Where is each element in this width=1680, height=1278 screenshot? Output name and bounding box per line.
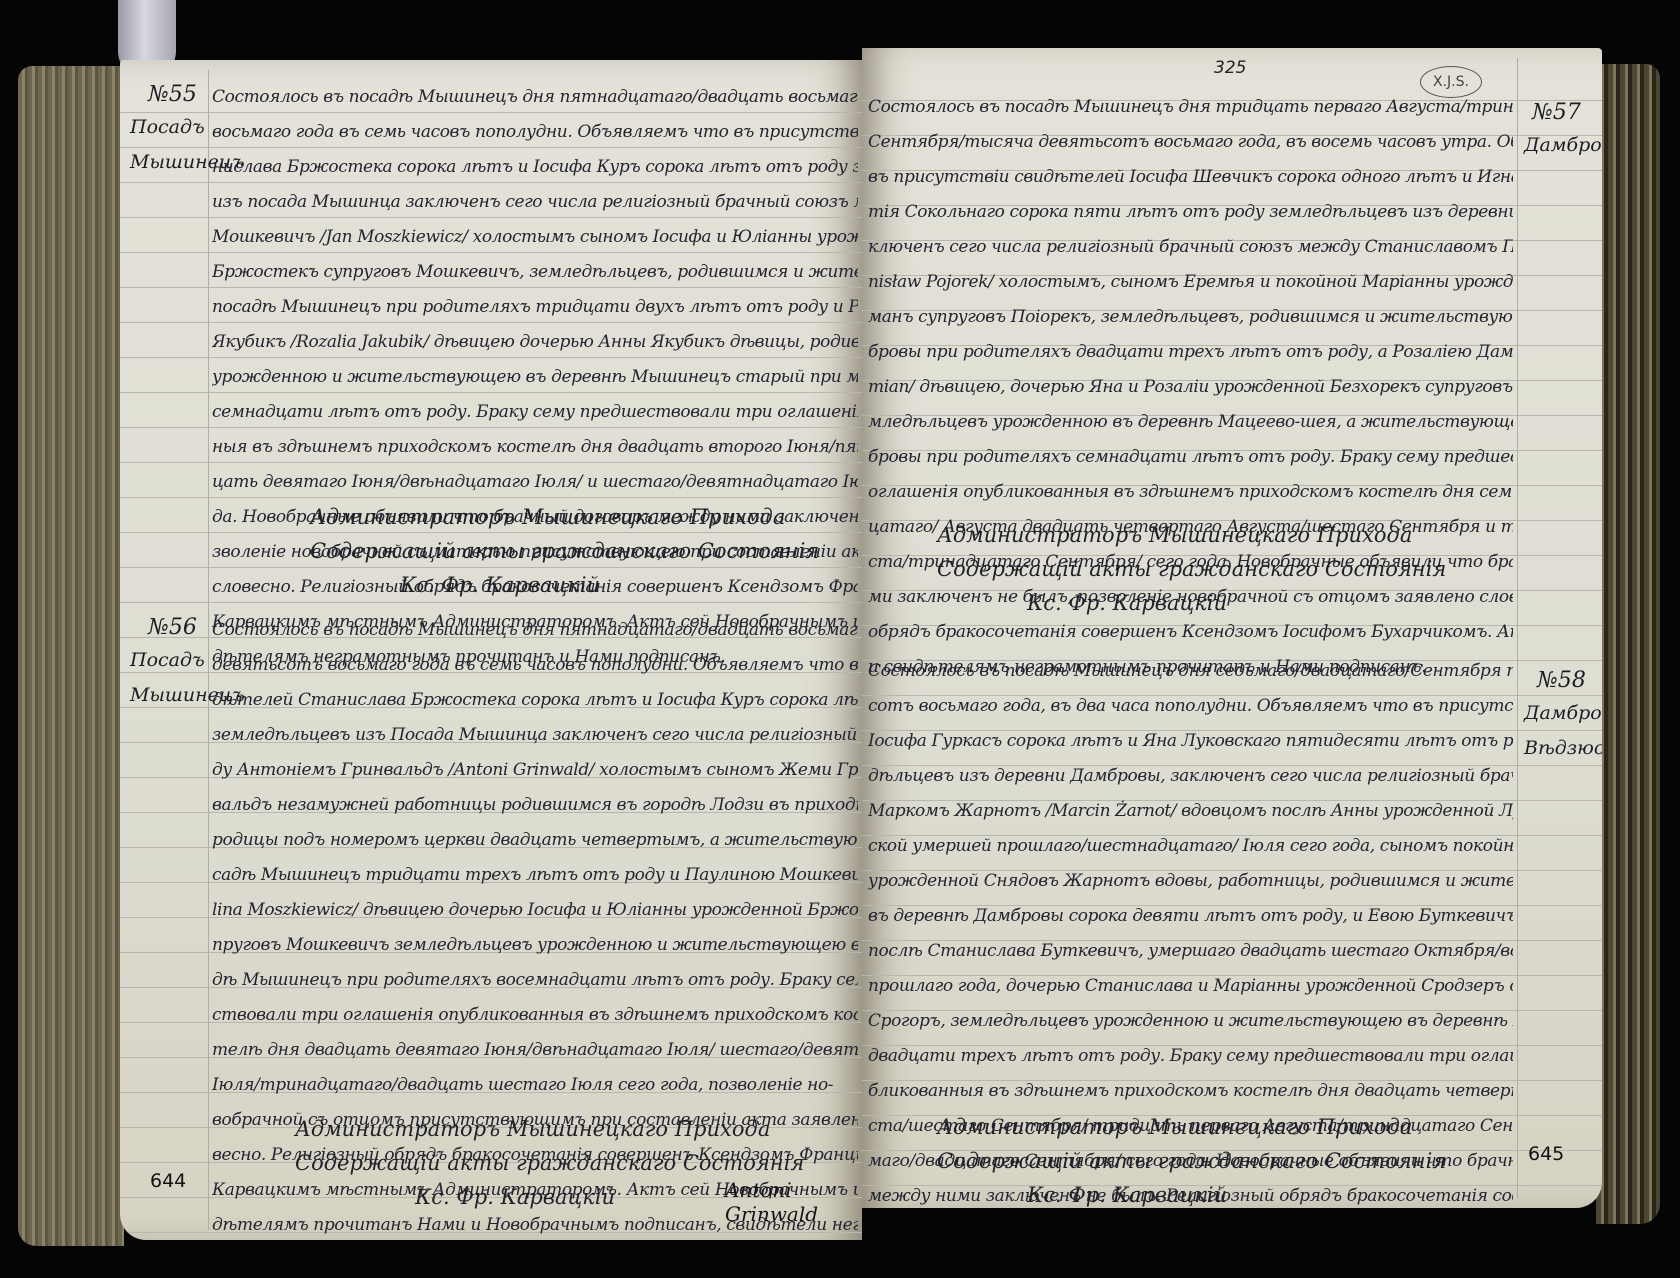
text-line: lina Moszkiewicz/ дѣвицею дочерью Іосифа…	[212, 893, 858, 928]
text-line: ской умершей прошлаго/шестнадцатаго/ Іюл…	[868, 829, 1513, 864]
place-line: Вѣдзюскъ	[1524, 731, 1602, 766]
text-line: цать девятаго Іюня/двѣнадцатаго Іюля/ и …	[212, 465, 858, 500]
text-line: пруговъ Мошкевичъ земледѣльцевъ урожденн…	[212, 928, 858, 963]
text-line: Якубикъ /Rozalia Jakubik/ дѣвицею дочерь…	[212, 325, 858, 360]
book-page-edges-right	[1596, 64, 1660, 1224]
signature-line: Администраторъ Мышинецкаго Прихода	[937, 1110, 1446, 1144]
book-page-edges-left	[18, 66, 124, 1246]
text-line: mian/ дѣвицею, дочерью Яна и Розаліи уро…	[868, 370, 1513, 405]
text-line: Іосифа Гуркасъ сорока лѣтъ и Яна Луковск…	[868, 724, 1513, 759]
text-line: дѣтелей Станислава Бржостека сорока лѣтъ…	[212, 683, 858, 718]
text-line: вальдъ незамужней работницы родившимся в…	[212, 788, 858, 823]
text-line: восьмаго года въ семь часовъ пополудни. …	[212, 115, 858, 150]
entry-place: Дамбровы Вѣдзюскъ	[1524, 696, 1602, 766]
text-line: оглашенія опубликованныя въ здѣшнемъ при…	[868, 475, 1513, 510]
signature-block: Администраторъ Мышинецкаго Прихода Содер…	[937, 518, 1446, 620]
text-line: въ присутствіи свидѣтелей Іосифа Шевчикъ…	[868, 160, 1513, 195]
text-line: бровы при родителяхъ двадцати трехъ лѣтъ…	[868, 335, 1513, 370]
text-line: изъ посада Мышинца заключенъ сего числа …	[212, 185, 858, 220]
page-number-right: 645	[1528, 1143, 1564, 1165]
text-line: бровы при родителяхъ семнадцати лѣтъ отъ…	[868, 440, 1513, 475]
text-line: въ деревнѣ Дамбровы сорока девяти лѣтъ о…	[868, 899, 1513, 934]
text-line: nisław Pojorek/ холостымъ, сыномъ Еремѣя…	[868, 265, 1513, 300]
place-line: Дамбровы	[1524, 128, 1602, 163]
text-line: Срогоръ, земледѣльцевъ урожденною и жите…	[868, 1004, 1513, 1039]
text-line: земледѣльцевъ изъ Посада Мышинца заключе…	[212, 718, 858, 753]
entry-number: №57	[1532, 100, 1581, 125]
text-line: прошлаго года, дочерью Станислава и Марі…	[868, 969, 1513, 1004]
signature-line: Содержащій акты гражданскаго Состоянія	[295, 1146, 804, 1180]
signature-line: Администраторъ Мышинецкаго Прихода	[310, 500, 819, 534]
text-line: посадѣ Мышинецъ при родителяхъ тридцати …	[212, 290, 858, 325]
signature-line: Кс. Фр. Карвацкій	[310, 568, 819, 602]
text-line: нислава Бржостека сорока лѣтъ и Іосифа К…	[212, 150, 858, 185]
text-line: Бржостекъ супруговъ Мошкевичъ, земледѣль…	[212, 255, 858, 290]
signature-line: Кс. Фр. Карвацкій	[937, 1178, 1446, 1208]
text-line: ключенъ сего числа религіозный брачный с…	[868, 230, 1513, 265]
text-line: бликованныя въ здѣшнемъ приходскомъ кост…	[868, 1074, 1513, 1109]
text-line: родицы подъ номеромъ церкви двадцать чет…	[212, 823, 858, 858]
text-line: садѣ Мышинецъ тридцати трехъ лѣтъ отъ ро…	[212, 858, 858, 893]
text-line: девятьсотъ восьмаго года въ семь часовъ …	[212, 648, 858, 683]
text-line: Состоялось въ посадѣ Мышинецъ дня седьма…	[868, 654, 1513, 689]
signature-line: Содержащій акты гражданскаго Состоянія	[310, 534, 819, 568]
text-line: ствовали три оглашенія опубликованныя въ…	[212, 998, 858, 1033]
entry-number: №56	[148, 615, 197, 640]
text-line: Состоялось въ посадѣ Мышинецъ дня пятнад…	[212, 613, 858, 648]
text-line: ныя въ здѣшнемъ приходскомъ костелѣ дня …	[212, 430, 858, 465]
signature-line: Администраторъ Мышинецкаго Прихода	[295, 1112, 804, 1146]
text-line: Сентября/тысяча девятьсотъ восьмаго года…	[868, 125, 1513, 160]
signature-line: Кс. Фр. Карвацкій	[937, 586, 1446, 620]
text-line: манъ супруговъ Поіорекъ, земледѣльцевъ, …	[868, 300, 1513, 335]
text-line: Іюля/тринадцатаго/двадцать шестаго Іюля …	[212, 1068, 858, 1103]
text-line: мледѣльцевъ урожденною въ деревнѣ Мацеев…	[868, 405, 1513, 440]
left-page: №55 Посадъ Мышинецъ Состоялось въ посадѣ…	[120, 60, 862, 1240]
signature-line: Администраторъ Мышинецкаго Прихода	[937, 518, 1446, 552]
text-line: тія Сокольнаго сорока пяти лѣтъ отъ роду…	[868, 195, 1513, 230]
text-line: Состоялось въ посадѣ Мышинецъ дня пятнад…	[212, 80, 858, 115]
text-line: Маркомъ Жарнотъ /Marcin Żarnot/ вдовцомъ…	[868, 794, 1513, 829]
text-line: телѣ дня двадцать девятаго Іюня/двѣнадца…	[212, 1033, 858, 1068]
text-line: ду Антоніемъ Гринвальдъ /Antoni Grinwald…	[212, 753, 858, 788]
signature-line: Содержащій акты гражданскаго Состоянія	[937, 1144, 1446, 1178]
text-line: урожденною и жительствующею въ деревнѣ М…	[212, 360, 858, 395]
entry-number: №55	[148, 82, 197, 107]
text-line: дѣльцевъ изъ деревни Дамбровы, заключенъ…	[868, 759, 1513, 794]
place-line: Дамбровы	[1524, 696, 1602, 731]
text-line: сотъ восьмаго года, въ два часа пополудн…	[868, 689, 1513, 724]
folio-number: 325	[1214, 58, 1246, 78]
text-line: Состоялось въ посадѣ Мышинецъ дня тридца…	[868, 90, 1513, 125]
signature-block: Администраторъ Мышинецкаго Прихода Содер…	[310, 500, 819, 602]
text-line: двадцати трехъ лѣтъ отъ роду. Браку сему…	[868, 1039, 1513, 1074]
right-page: 325 X.J.S. №57 Дамбровы Состоялось въ по…	[862, 48, 1602, 1208]
text-line: семнадцати лѣтъ отъ роду. Браку сему пре…	[212, 395, 858, 430]
text-line: дѣ Мышинецъ при родителяхъ восемнадцати …	[212, 963, 858, 998]
text-line: послѣ Станислава Буткевичъ, умершаго два…	[868, 934, 1513, 969]
margin-rule	[1517, 58, 1518, 1198]
page-number-left: 644	[150, 1170, 186, 1192]
text-line: Мошкевичъ /Jan Moszkiewicz/ холостымъ сы…	[212, 220, 858, 255]
groom-autograph: Antoni Grinwald	[725, 1178, 862, 1226]
text-line: урожденной Снядовъ Жарнотъ вдовы, работн…	[868, 864, 1513, 899]
text-line: обрядъ бракосочетанія совершенъ Ксендзом…	[868, 615, 1513, 650]
signature-block: Администраторъ Мышинецкаго Прихода Содер…	[937, 1110, 1446, 1208]
signature-line: Содержащій акты гражданскаго Состоянія	[937, 552, 1446, 586]
entry-number: №58	[1537, 668, 1586, 693]
entry-place: Дамбровы	[1524, 128, 1602, 163]
